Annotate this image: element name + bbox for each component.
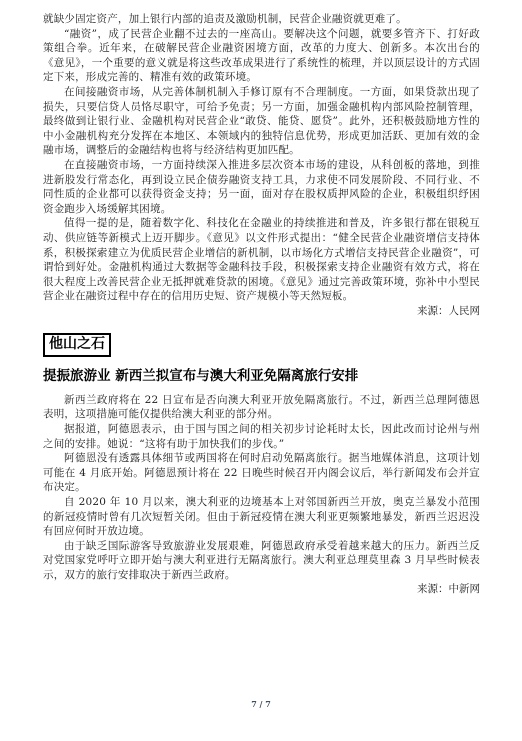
body-paragraph: 就缺少固定资产，加上银行内部的追责及激励机制，民营企业融资就更难了。 <box>43 12 480 27</box>
body-paragraph: 据报道，阿德恩表示，由于国与国之间的相关初步讨论耗时太长，因此改而讨论州与州之间… <box>43 422 480 451</box>
body-paragraph: 新西兰政府将在 22 日宣布是否向澳大利亚开放免隔离旅行。不过，新西兰总理阿德恩… <box>43 393 480 422</box>
body-paragraph: 在直接融资市场，一方面持续深入推进多层次资本市场的建设，从科创板的落地，到推进新… <box>43 158 480 216</box>
source-credit: 来源：人民网 <box>43 304 480 319</box>
body-paragraph: 在间接融资市场，从完善体制机制入手修订原有不合理制度。一方面，如果贷款出现了损失… <box>43 85 480 158</box>
section-badge: 他山之石 <box>43 333 111 356</box>
body-paragraph: 值得一提的是，随着数字化、科技化在金融业的持续推进和普及，许多银行都在银税互动、… <box>43 216 480 304</box>
article-headline: 提振旅游业 新西兰拟宣布与澳大利亚免隔离旅行安排 <box>43 368 480 384</box>
page-number: 7 / 7 <box>0 699 522 709</box>
source-credit: 来源：中新网 <box>43 582 480 597</box>
body-paragraph: 自 2020 年 10 月以来，澳大利亚的边境基本上对邻国新西兰开放，奥克兰暴发… <box>43 495 480 539</box>
page-content: 就缺少固定资产，加上银行内部的追责及激励机制，民营企业融资就更难了。 “融资”，… <box>43 12 480 597</box>
body-paragraph: 阿德恩没有透露具体细节或两国将在何时启动免隔离旅行。据当地媒体消息，这项计划可能… <box>43 451 480 495</box>
body-paragraph: “融资”，成了民营企业翻不过去的一座高山。要解决这个问题，就要多管齐下、打好政策… <box>43 27 480 85</box>
document-page: 就缺少固定资产，加上银行内部的追责及激励机制，民营企业融资就更难了。 “融资”，… <box>0 0 522 741</box>
section-header-row: 他山之石 <box>43 318 480 356</box>
body-paragraph: 由于缺乏国际游客导致旅游业发展艰难，阿德恩政府承受着越来越大的压力。新西兰反对党… <box>43 539 480 583</box>
